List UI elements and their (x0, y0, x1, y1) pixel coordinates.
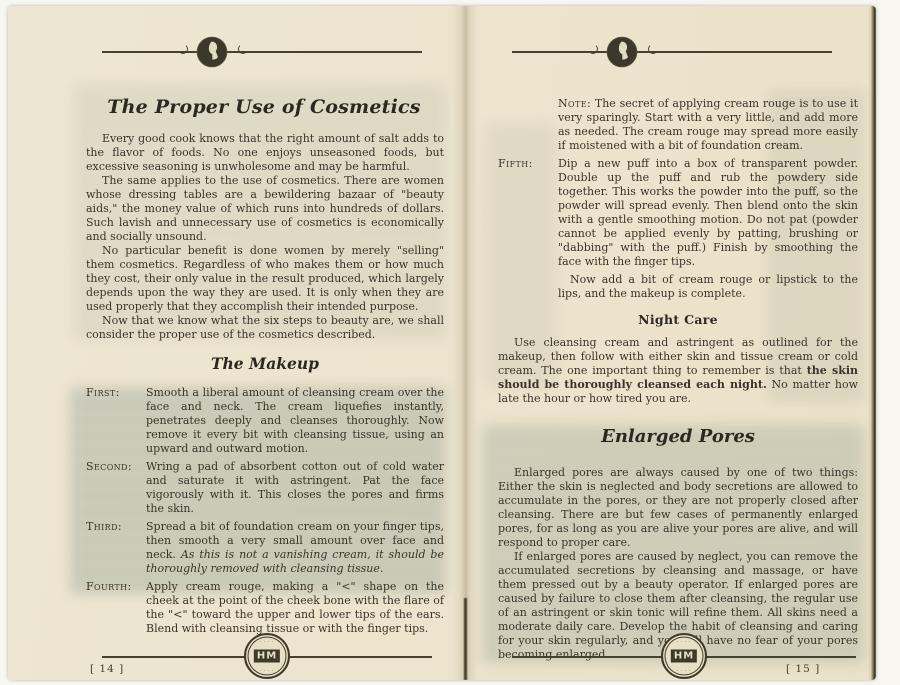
makeup-step-row: Second: Wring a pad of absorbent cotton … (86, 460, 444, 516)
seal-arc-text: · · · · (246, 668, 288, 673)
cameo-medallion-icon (604, 34, 640, 70)
book-gutter-shadow (464, 598, 467, 680)
hm-seal-icon: · · · · HM · · · · (244, 633, 290, 679)
book-spread: The Proper Use of Cosmetics Every good c… (8, 6, 876, 680)
body-paragraph: Every good cook knows that the right amo… (86, 132, 444, 174)
makeup-step-row: Fifth: Dip a new puff into a box of tran… (498, 157, 858, 269)
page-number: [ 15 ] (786, 663, 820, 675)
header-ornament (512, 42, 832, 62)
scroll-flourish-icon (648, 44, 658, 54)
makeup-step-row: First: Smooth a liberal amount of cleans… (86, 386, 444, 456)
left-page-body: Every good cook knows that the right amo… (86, 132, 444, 640)
seal-arc-text: · · · · (663, 668, 705, 673)
header-rule (102, 51, 422, 53)
step-text: Smooth a liberal amount of cleansing cre… (146, 386, 444, 456)
makeup-complete-paragraph: Now add a bit of cream rouge or lipstick… (558, 273, 858, 301)
note-paragraph: Note: The secret of applying cream rouge… (558, 97, 858, 153)
body-paragraph: The same applies to the use of cosmetics… (86, 174, 444, 244)
section-heading-makeup: The Makeup (86, 357, 444, 371)
header-rule (512, 51, 832, 53)
hm-monogram: HM (254, 650, 280, 663)
seal-arc-text: · · · · (246, 639, 288, 644)
step-text: Apply cream rouge, making a "<" shape on… (146, 580, 444, 636)
step-text: Spread a bit of foundation cream on your… (146, 520, 444, 576)
right-page: Note: The secret of applying cream rouge… (490, 6, 860, 680)
makeup-step-row: Fourth: Apply cream rouge, making a "<" … (86, 580, 444, 636)
section-heading-enlarged-pores: Enlarged Pores (498, 430, 858, 444)
body-paragraph: Now that we know what the six steps to b… (86, 314, 444, 342)
footer-rule: · · · · HM · · · · (102, 656, 432, 658)
body-paragraph: No particular benefit is done women by m… (86, 244, 444, 314)
footer-rule: · · · · HM · · · · (512, 656, 856, 658)
step-label: Fifth: (498, 157, 558, 269)
scroll-flourish-icon (238, 44, 248, 54)
step-label: Third: (86, 520, 146, 576)
night-care-paragraph: Use cleansing cream and astringent as ou… (498, 336, 858, 406)
left-page: The Proper Use of Cosmetics Every good c… (78, 6, 450, 680)
right-page-body: Note: The secret of applying cream rouge… (498, 97, 858, 662)
step-label: Second: (86, 460, 146, 516)
note-label: Note: (558, 97, 591, 110)
cameo-medallion-icon (194, 34, 230, 70)
step-label: Fourth: (86, 580, 146, 636)
section-heading-night-care: Night Care (498, 313, 858, 327)
scroll-flourish-icon (588, 44, 598, 54)
hm-seal-icon: · · · · HM · · · · (661, 633, 707, 679)
scroll-flourish-icon (178, 44, 188, 54)
seal-arc-text: · · · · (663, 639, 705, 644)
step-label: First: (86, 386, 146, 456)
book-gutter (452, 6, 478, 680)
hm-monogram: HM (671, 650, 697, 663)
page-number: [ 14 ] (90, 663, 124, 675)
header-ornament (102, 42, 422, 62)
body-paragraph: Enlarged pores are always caused by one … (498, 466, 858, 550)
step-text: Wring a pad of absorbent cotton out of c… (146, 460, 444, 516)
step-text: Dip a new puff into a box of transparent… (558, 157, 858, 269)
page-title: The Proper Use of Cosmetics (78, 96, 450, 118)
makeup-step-row: Third: Spread a bit of foundation cream … (86, 520, 444, 576)
